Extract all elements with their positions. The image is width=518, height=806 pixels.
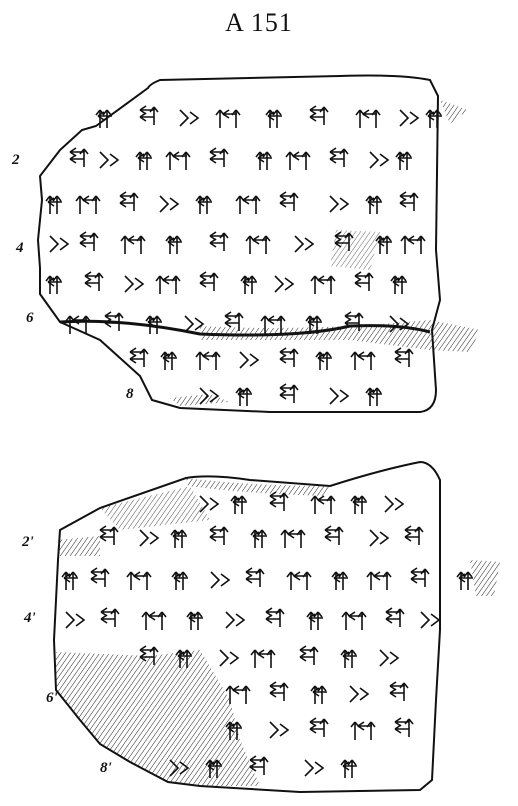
reverse-tablet xyxy=(54,462,500,792)
tablet-drawing xyxy=(0,0,518,806)
obverse-inscription xyxy=(46,106,442,406)
